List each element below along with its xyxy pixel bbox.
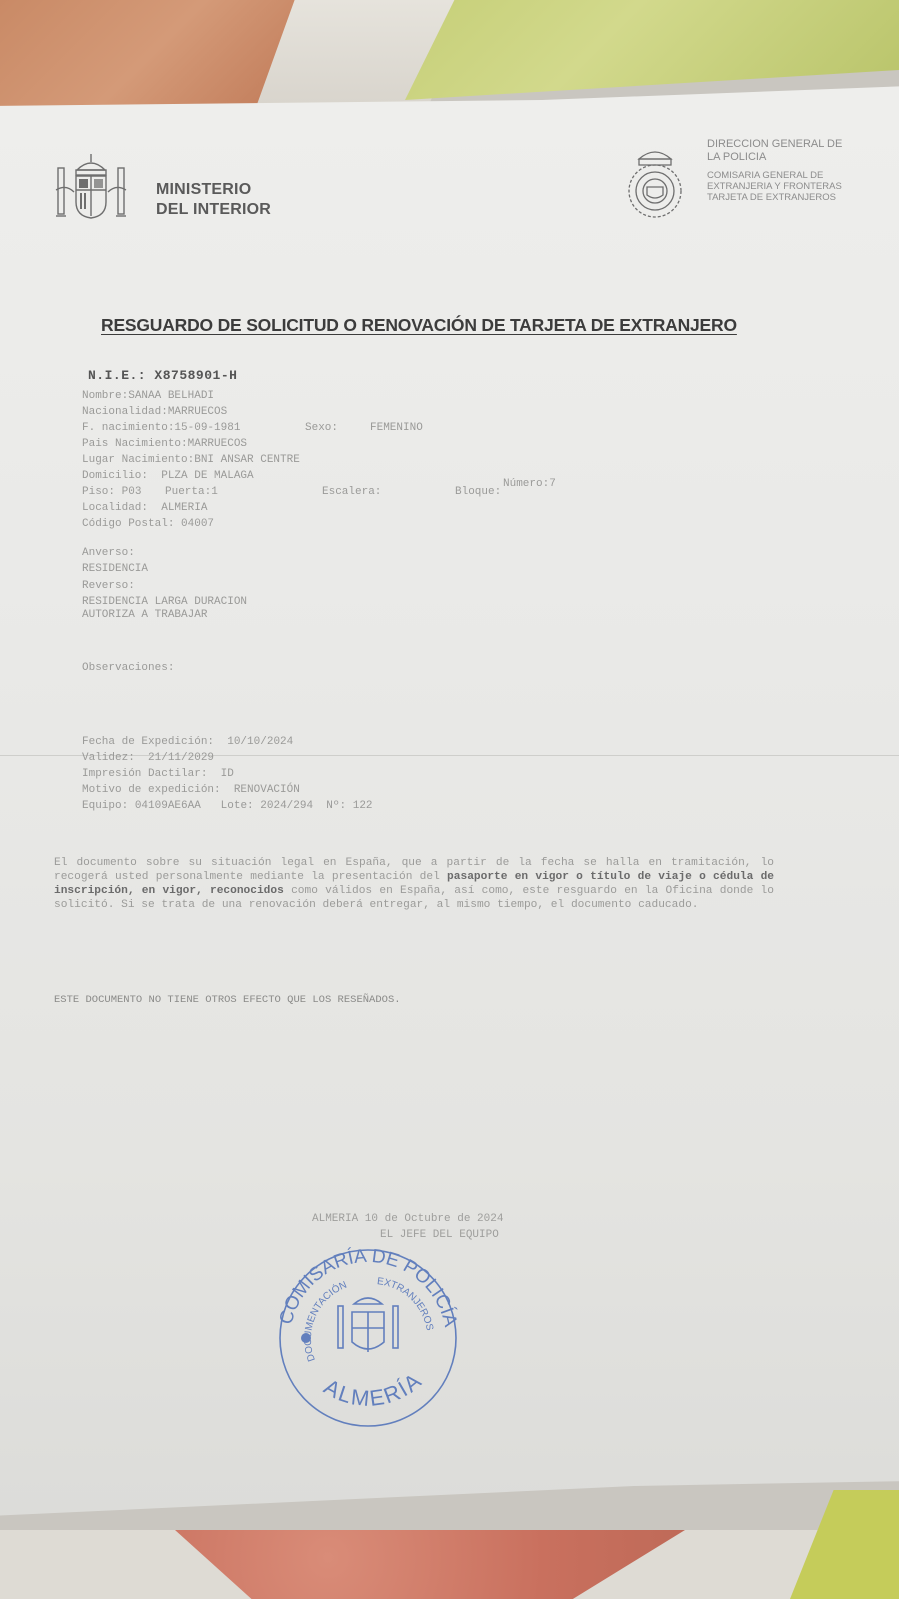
sexo-value: FEMENINO xyxy=(370,421,423,437)
field-label: Número: xyxy=(503,478,549,490)
birth-country-row: Pais Nacimiento:MARRUECOS xyxy=(82,437,247,453)
legal-notice-paragraph: El documento sobre su situación legal en… xyxy=(54,856,774,912)
observaciones-label: Observaciones: xyxy=(82,661,174,677)
nie-label: N.I.E.: xyxy=(88,368,146,383)
issue-date-row: Fecha de Expedición: 10/10/2024 xyxy=(82,735,293,751)
ministry-line: MINISTERIO xyxy=(156,180,271,200)
fingerprint-row: Impresión Dactilar: ID xyxy=(82,767,234,783)
birthdate-value: 15-09-1981 xyxy=(174,422,240,434)
issue-date-value: 10/10/2024 xyxy=(227,736,293,748)
localidad-row: Localidad: ALMERIA xyxy=(82,501,207,517)
field-label: Código Postal: xyxy=(82,518,174,530)
field-label: Nacionalidad: xyxy=(82,406,168,418)
police-badge-icon xyxy=(625,143,685,221)
bloque-label: Bloque: xyxy=(455,485,501,501)
field-label: Nombre: xyxy=(82,390,128,402)
equipo-row: Equipo: 04109AE6AA Lote: 2024/294 Nº: 12… xyxy=(82,799,373,815)
field-label: Nº: xyxy=(326,800,346,812)
lote-value: 2024/294 xyxy=(260,800,313,812)
puerta-row: Puerta:1 xyxy=(165,485,218,501)
field-label: Pais Nacimiento: xyxy=(82,438,188,450)
field-label: Localidad: xyxy=(82,502,148,514)
nombre-row: Nombre:SANAA BELHADI xyxy=(82,389,214,405)
field-label: Piso: xyxy=(82,486,115,498)
nacionalidad-row: Nacionalidad:MARRUECOS xyxy=(82,405,227,421)
postal-code-row: Código Postal: 04007 xyxy=(82,517,214,533)
numero-value: 7 xyxy=(549,478,556,490)
ministry-line: DEL INTERIOR xyxy=(156,200,271,220)
document-title: RESGUARDO DE SOLICITUD O RENOVACIÓN DE T… xyxy=(101,315,737,336)
stamp-bottom-text: ALMERÍA xyxy=(320,1367,427,1411)
svg-text:ALMERÍA: ALMERÍA xyxy=(320,1367,427,1411)
birthdate-row: F. nacimiento:15-09-1981 xyxy=(82,421,240,437)
police-directorate: DIRECCION GENERAL DE LA POLICIA COMISARI… xyxy=(707,138,842,203)
nie-value: X8758901-H xyxy=(154,368,237,383)
field-label: Validez: xyxy=(82,752,135,764)
escalera-label: Escalera: xyxy=(322,485,381,501)
directorate-line: LA POLICIA xyxy=(707,151,842,164)
field-label: Lugar Nacimiento: xyxy=(82,454,194,466)
field-label: Lote: xyxy=(221,800,254,812)
field-label: F. nacimiento: xyxy=(82,422,174,434)
field-label: Motivo de expedición: xyxy=(82,784,221,796)
reason-row: Motivo de expedición: RENOVACIÓN xyxy=(82,783,300,799)
fingerprint-value: ID xyxy=(221,768,234,780)
anverso-value: RESIDENCIA xyxy=(82,562,148,578)
birth-country-value: MARRUECOS xyxy=(188,438,247,450)
coat-of-arms-icon xyxy=(52,150,130,226)
domicilio-value: PLZA DE MALAGA xyxy=(161,470,253,482)
reverso-value: AUTORIZA A TRABAJAR xyxy=(82,608,207,624)
piso-row: Piso: P03 xyxy=(82,485,141,501)
nombre-value: SANAA BELHADI xyxy=(128,390,214,402)
equipo-value: 04109AE6AA xyxy=(135,800,201,812)
effect-notice: ESTE DOCUMENTO NO TIENE OTROS EFECTO QUE… xyxy=(54,994,401,1006)
puerta-value: 1 xyxy=(211,486,218,498)
field-label: Equipo: xyxy=(82,800,128,812)
sexo-label: Sexo: xyxy=(305,421,338,437)
numero-registro-value: 122 xyxy=(353,800,373,812)
reverso-label: Reverso: xyxy=(82,579,135,595)
document-content: MINISTERIO DEL INTERIOR DIRECCION GENERA… xyxy=(0,0,899,1599)
validity-value: 21/11/2029 xyxy=(148,752,214,764)
field-label: Puerta: xyxy=(165,486,211,498)
validity-row: Validez: 21/11/2029 xyxy=(82,751,214,767)
nie-row: N.I.E.: X8758901-H xyxy=(88,368,237,383)
place-date: ALMERIA 10 de Octubre de 2024 xyxy=(312,1213,503,1225)
piso-value: P03 xyxy=(122,486,142,498)
birthplace-row: Lugar Nacimiento:BNI ANSAR CENTRE xyxy=(82,453,300,469)
anverso-label: Anverso: xyxy=(82,546,135,562)
localidad-value: ALMERIA xyxy=(161,502,207,514)
directorate-sub-line: EXTRANJERIA Y FRONTERAS xyxy=(707,181,842,192)
reason-value: RENOVACIÓN xyxy=(234,784,300,796)
directorate-line: DIRECCION GENERAL DE xyxy=(707,138,842,151)
postal-code-value: 04007 xyxy=(181,518,214,530)
numero-row: Número:7 xyxy=(503,477,556,493)
directorate-sub-line: TARJETA DE EXTRANJEROS xyxy=(707,192,842,203)
directorate-sub-line: COMISARIA GENERAL DE xyxy=(707,170,842,181)
ministry-name: MINISTERIO DEL INTERIOR xyxy=(156,180,271,220)
signer-title: EL JEFE DEL EQUIPO xyxy=(380,1229,499,1241)
nacionalidad-value: MARRUECOS xyxy=(168,406,227,418)
birthplace-value: BNI ANSAR CENTRE xyxy=(194,454,300,466)
field-label: Fecha de Expedición: xyxy=(82,736,214,748)
field-label: Impresión Dactilar: xyxy=(82,768,207,780)
domicilio-row: Domicilio: PLZA DE MALAGA xyxy=(82,469,254,485)
police-stamp: COMISARÍA DE POLICÍA ALMERÍA DOCUMENTACI… xyxy=(268,1242,468,1430)
field-label: Domicilio: xyxy=(82,470,148,482)
